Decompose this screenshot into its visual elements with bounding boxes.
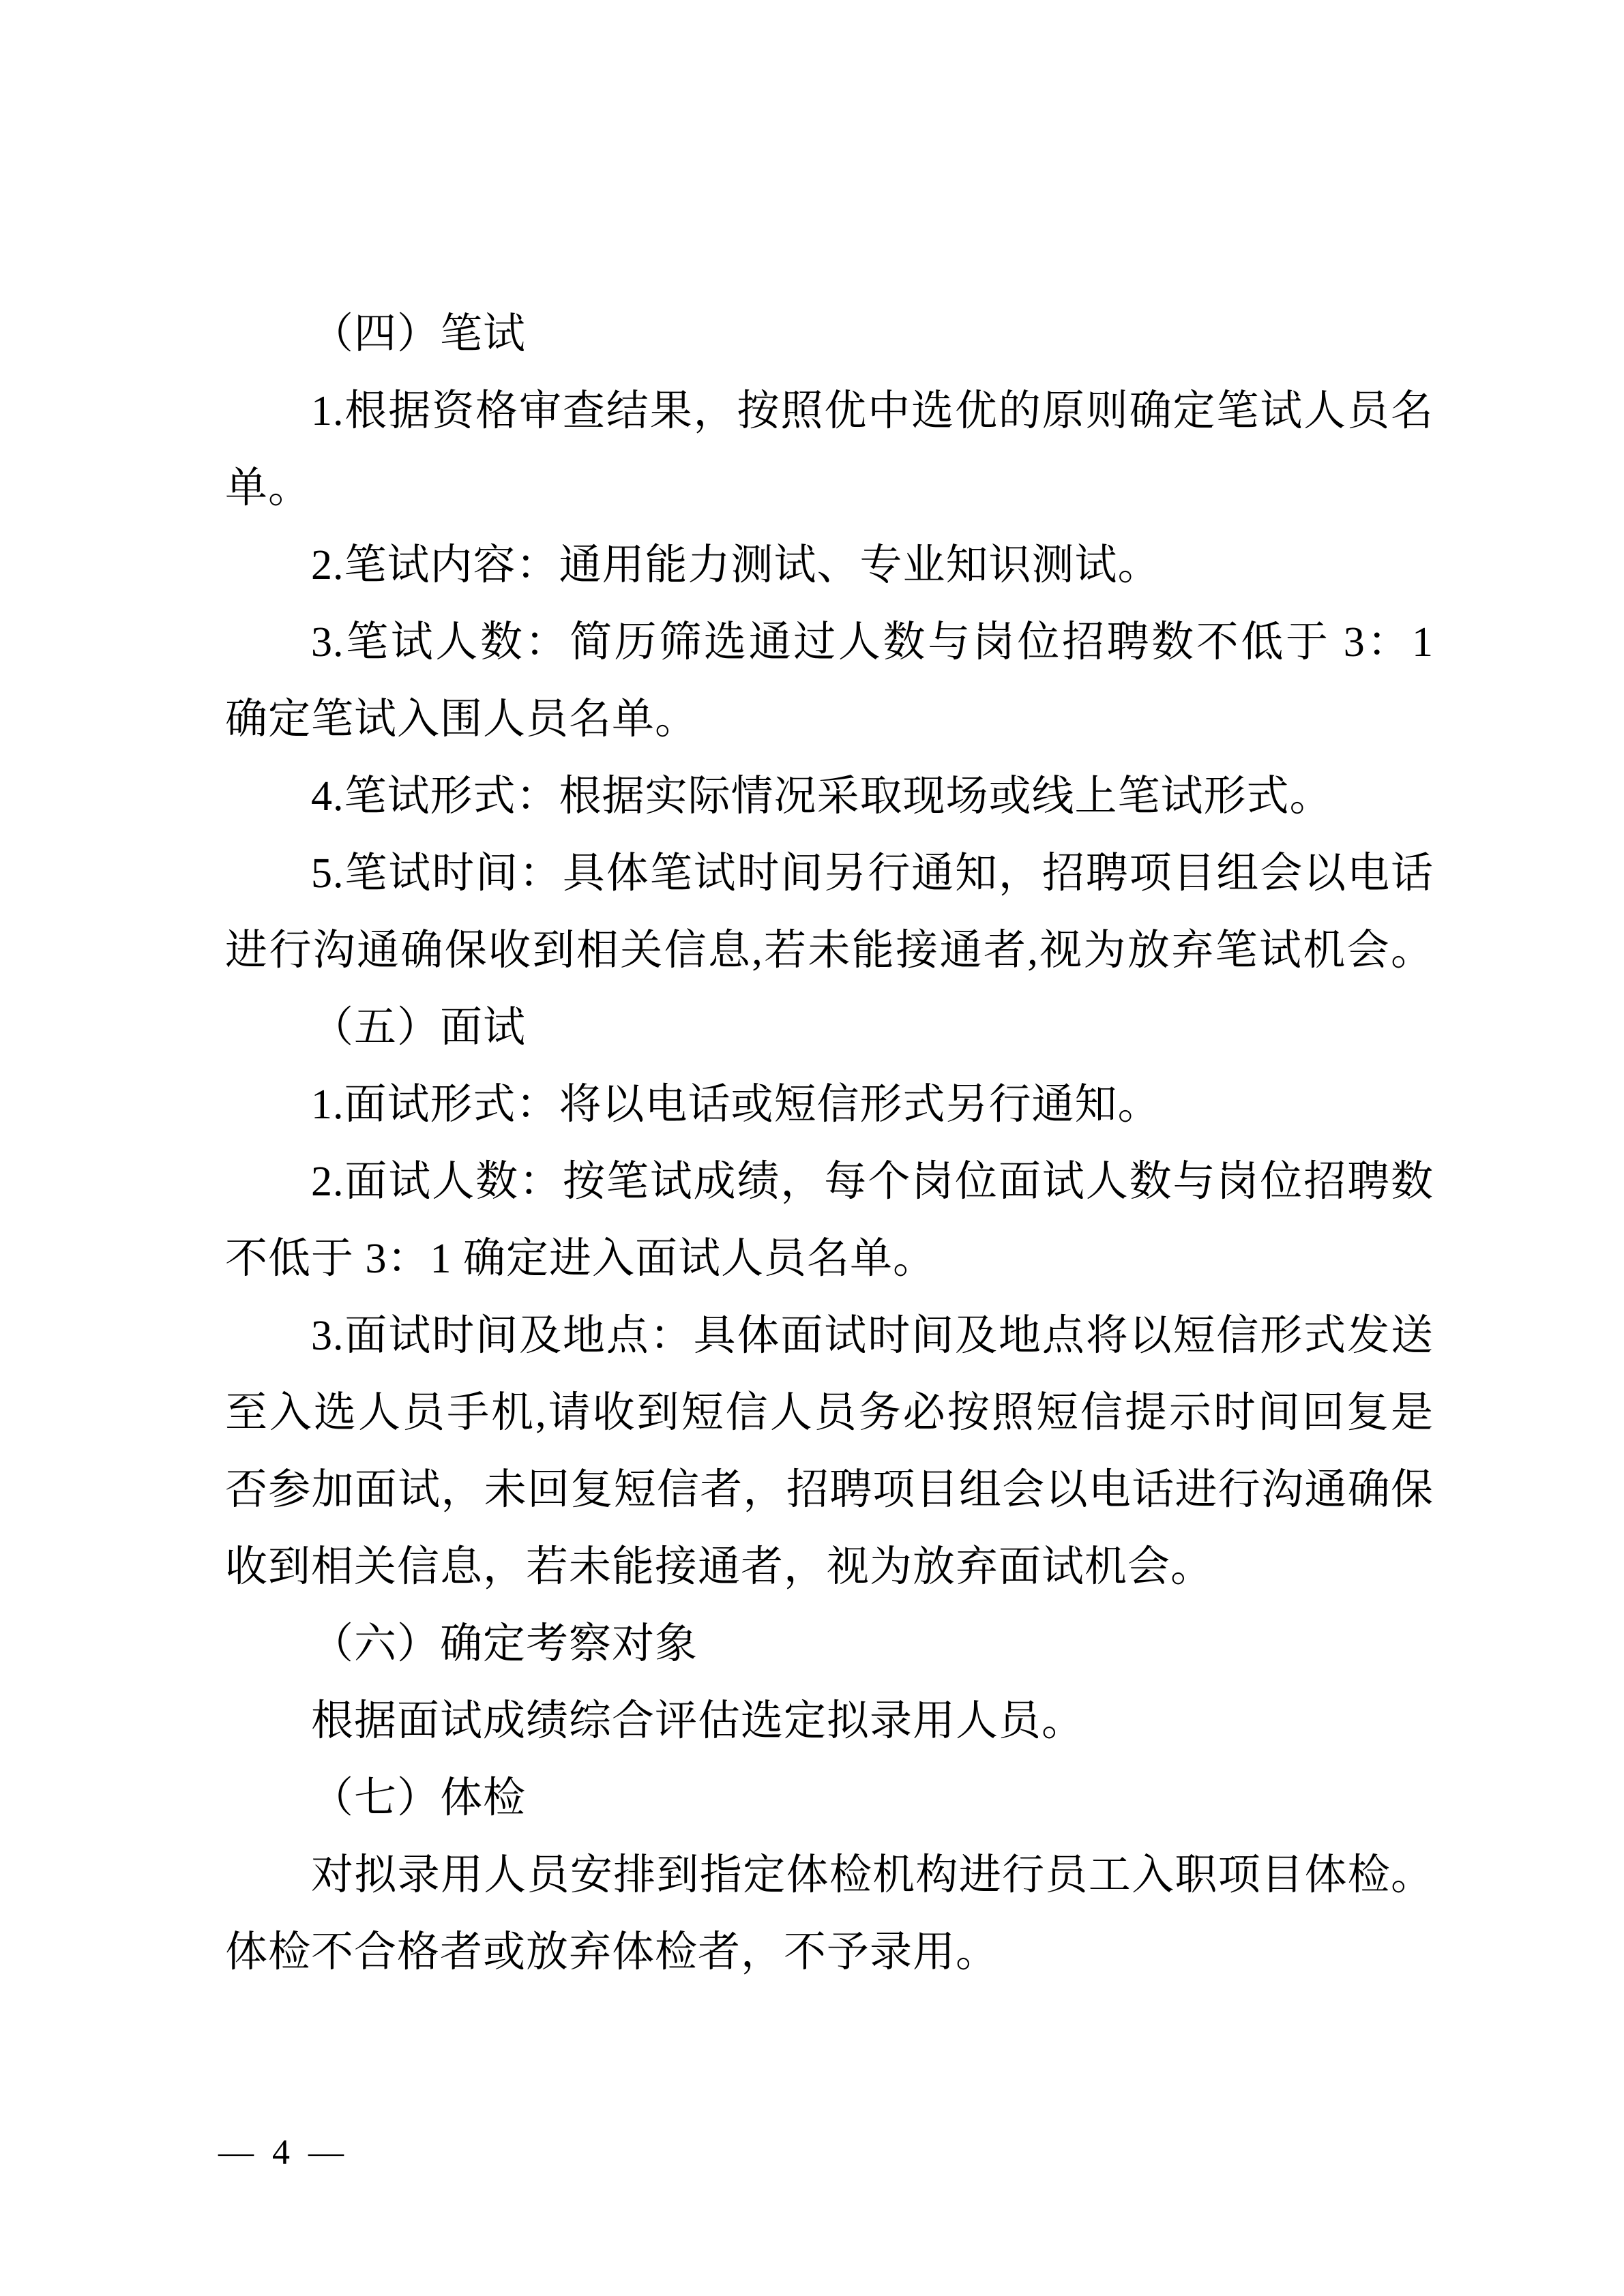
text-line: 至入选人员手机,请收到短信人员务必按照短信提示时间回复是 — [225, 1375, 1434, 1452]
document-body: （四）笔试 1.根据资格审查结果，按照优中选优的原则确定笔试人员名 单。 2.笔… — [225, 296, 1434, 1991]
text-line: 5.笔试时间：具体笔试时间另行通知，招聘项目组会以电话 — [225, 835, 1434, 912]
text-line: 2.笔试内容：通用能力测试、专业知识测试。 — [225, 527, 1434, 604]
document-page: （四）笔试 1.根据资格审查结果，按照优中选优的原则确定笔试人员名 单。 2.笔… — [0, 0, 1624, 2296]
text-line: 2.面试人数：按笔试成绩，每个岗位面试人数与岗位招聘数 — [225, 1144, 1434, 1221]
text-line: 3.面试时间及地点：具体面试时间及地点将以短信形式发送 — [225, 1298, 1434, 1375]
text-line: 单。 — [225, 450, 1434, 527]
text-line: 3.笔试人数：简历筛选通过人数与岗位招聘数不低于 3：1 — [225, 604, 1434, 681]
text-line: 1.根据资格审查结果，按照优中选优的原则确定笔试人员名 — [225, 373, 1434, 450]
text-line: 根据面试成绩综合评估选定拟录用人员。 — [225, 1683, 1434, 1760]
heading-interview: （五）面试 — [225, 989, 1434, 1067]
text-line: 对拟录用人员安排到指定体检机构进行员工入职项目体检。 — [225, 1837, 1434, 1914]
text-line: 4.笔试形式：根据实际情况采取现场或线上笔试形式。 — [225, 758, 1434, 835]
heading-inspection-candidates: （六）确定考察对象 — [225, 1606, 1434, 1683]
heading-physical-exam: （七）体检 — [225, 1760, 1434, 1837]
text-line: 收到相关信息，若未能接通者，视为放弃面试机会。 — [225, 1529, 1434, 1606]
page-number: — 4 — — [218, 2133, 349, 2173]
text-line: 确定笔试入围人员名单。 — [225, 681, 1434, 758]
heading-written-test: （四）笔试 — [225, 296, 1434, 373]
text-line: 1.面试形式：将以电话或短信形式另行通知。 — [225, 1067, 1434, 1144]
text-line: 否参加面试，未回复短信者，招聘项目组会以电话进行沟通确保 — [225, 1452, 1434, 1529]
text-line: 进行沟通确保收到相关信息,若未能接通者,视为放弃笔试机会。 — [225, 912, 1434, 989]
text-line: 不低于 3：1 确定进入面试人员名单。 — [225, 1221, 1434, 1298]
text-line: 体检不合格者或放弃体检者，不予录用。 — [225, 1914, 1434, 1991]
